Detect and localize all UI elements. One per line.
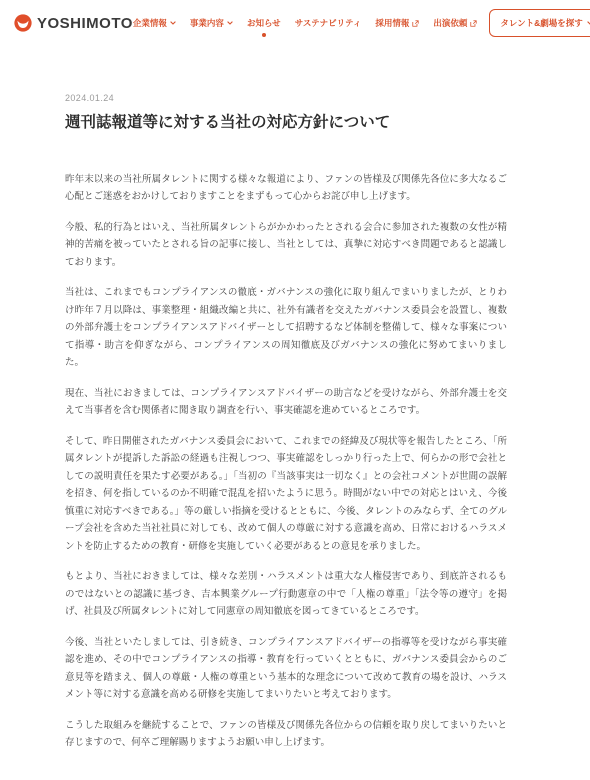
article-date: 2024.01.24 xyxy=(65,93,507,103)
nav-label: 企業情報 xyxy=(133,17,167,29)
nav-item-booking[interactable]: 出演依頼 xyxy=(433,17,477,29)
external-link-icon xyxy=(470,20,477,27)
search-button-label: タレント&劇場を探す xyxy=(500,17,582,29)
article-title: 週刊誌報道等に対する当社の対応方針について xyxy=(65,112,507,134)
nav-item-recruit[interactable]: 採用情報 xyxy=(375,17,419,29)
article-paragraph: 今後、当社といたしましては、引き続き、コンプライアンスアドバイザーの指導等を受け… xyxy=(65,634,507,704)
article-paragraph: 当社は、これまでもコンプライアンスの徹底・ガバナンスの強化に取り組んでまいりまし… xyxy=(65,284,507,372)
chevron-down-icon xyxy=(227,21,233,25)
chevron-down-icon xyxy=(170,21,176,25)
article-paragraph: もとより、当社におきましては、様々な差別・ハラスメントは重大な人権侵害であり、到… xyxy=(65,568,507,621)
article-paragraph: 現在、当社におきましては、コンプライアンスアドバイザーの助言などを受けながら、外… xyxy=(65,385,507,420)
nav-item-business[interactable]: 事業内容 xyxy=(190,17,233,29)
nav-item-corporate[interactable]: 企業情報 xyxy=(133,17,176,29)
article: 2024.01.24 週刊誌報道等に対する当社の対応方針について 昨年末以来の当… xyxy=(65,46,507,780)
site-header: YOSHIMOTO 企業情報 事業内容 お知らせ サステナビリティ 採用情報 xyxy=(0,0,590,46)
nav-label: サステナビリティ xyxy=(295,17,362,29)
article-paragraph: そして、昨日開催されたガバナンス委員会において、これまでの経緯及び現状等を報告し… xyxy=(65,433,507,556)
external-link-icon xyxy=(412,20,419,27)
nav-item-sustainability[interactable]: サステナビリティ xyxy=(295,17,362,29)
nav-label: 出演依頼 xyxy=(433,17,467,29)
main-nav: 企業情報 事業内容 お知らせ サステナビリティ 採用情報 出演依頼 xyxy=(133,17,477,29)
yoshimoto-smile-icon xyxy=(14,14,32,32)
logo-wordmark: YOSHIMOTO xyxy=(37,15,133,32)
article-paragraph: 今般、私的行為とはいえ、当社所属タレントらがかかわったとされる会合に参加された複… xyxy=(65,219,507,272)
nav-label: 事業内容 xyxy=(190,17,224,29)
active-page-dot xyxy=(262,33,266,37)
nav-item-news[interactable]: お知らせ xyxy=(247,17,281,29)
article-paragraph: 昨年末以来の当社所属タレントに関する様々な報道により、ファンの皆様及び関係先各位… xyxy=(65,171,507,206)
yoshimoto-logo[interactable]: YOSHIMOTO xyxy=(14,14,133,32)
article-body: 昨年末以来の当社所属タレントに関する様々な報道により、ファンの皆様及び関係先各位… xyxy=(65,171,507,752)
nav-label: 採用情報 xyxy=(375,17,409,29)
article-paragraph: こうした取組みを継続することで、ファンの皆様及び関係先各位からの信頼を取り戻して… xyxy=(65,717,507,752)
talent-theater-search-button[interactable]: タレント&劇場を探す xyxy=(489,9,590,37)
nav-label: お知らせ xyxy=(247,17,281,29)
